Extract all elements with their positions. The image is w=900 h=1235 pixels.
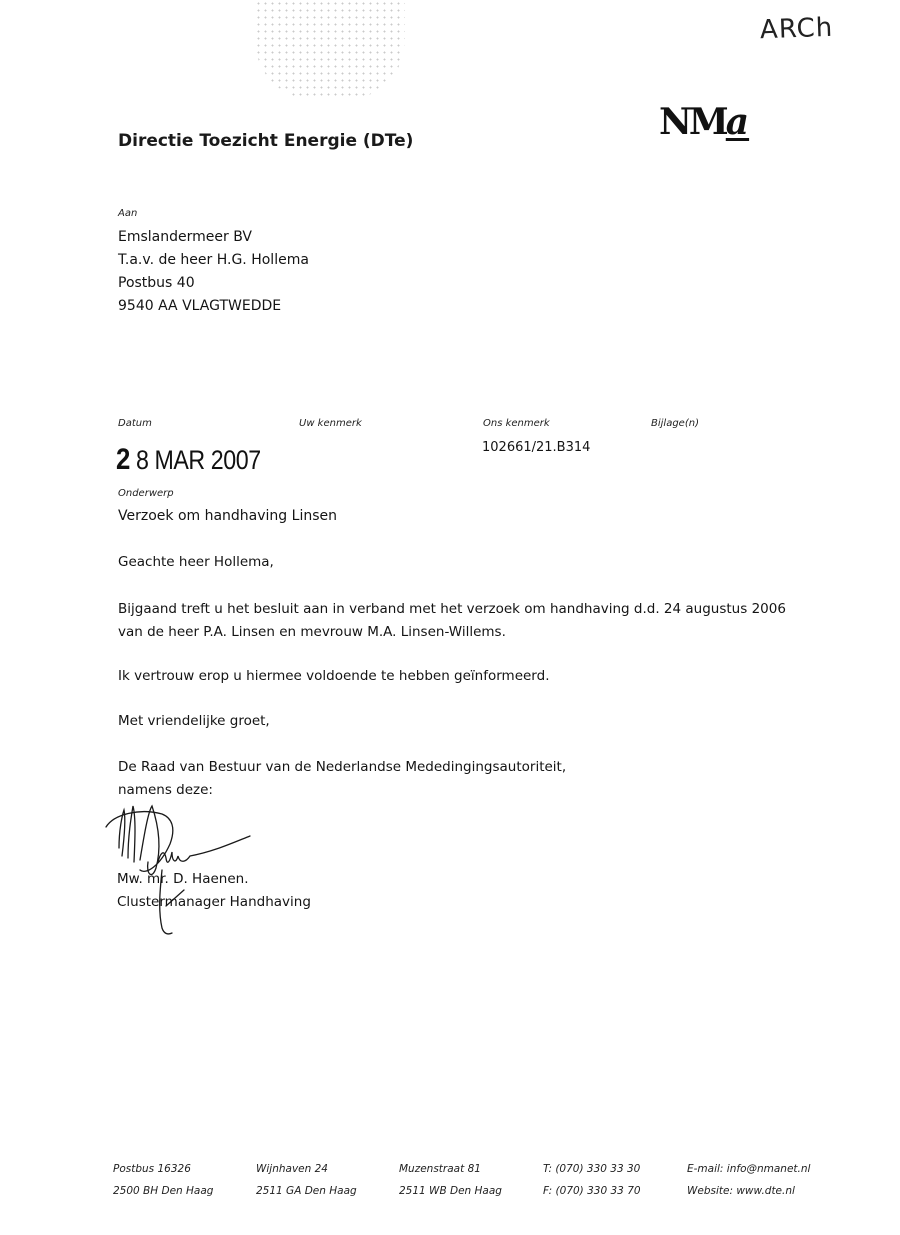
attachments-label: Bijlage(n) bbox=[651, 418, 699, 429]
footer-line: T: (070) 330 33 30 bbox=[543, 1158, 641, 1180]
address-line: 9540 AA VLAGTWEDDE bbox=[118, 295, 309, 318]
paragraph-1-line-2: van de heer P.A. Linsen en mevrouw M.A. … bbox=[118, 621, 506, 644]
closing: Met vriendelijke groet, bbox=[118, 710, 270, 733]
paragraph-1-line-1: Bijgaand treft u het besluit aan in verb… bbox=[118, 598, 786, 621]
footer-line: Website: www.dte.nl bbox=[687, 1180, 810, 1202]
address-line: T.a.v. de heer H.G. Hollema bbox=[118, 249, 309, 272]
scan-noise bbox=[255, 0, 405, 100]
salutation: Geachte heer Hollema, bbox=[118, 551, 274, 574]
footer-phone-fax: T: (070) 330 33 30 F: (070) 330 33 70 bbox=[543, 1158, 641, 1202]
date-label: Datum bbox=[118, 418, 152, 429]
recipient-label: Aan bbox=[118, 208, 137, 219]
footer-line: Postbus 16326 bbox=[113, 1158, 213, 1180]
footer-postal: Postbus 16326 2500 BH Den Haag bbox=[113, 1158, 213, 1202]
signatory-block: Mw. mr. D. Haenen. Clustermanager Handha… bbox=[117, 868, 311, 914]
footer-line: Wijnhaven 24 bbox=[256, 1158, 357, 1180]
footer-line: 2500 BH Den Haag bbox=[113, 1180, 213, 1202]
subject-value: Verzoek om handhaving Linsen bbox=[118, 508, 337, 524]
footer-second-address: Muzenstraat 81 2511 WB Den Haag bbox=[399, 1158, 502, 1202]
paragraph-2: Ik vertrouw erop u hiermee voldoende te … bbox=[118, 665, 549, 688]
footer-line: 2511 WB Den Haag bbox=[399, 1180, 502, 1202]
nma-logo: NMa bbox=[659, 101, 749, 143]
authority-line-2: namens deze: bbox=[118, 779, 213, 802]
footer-email-website: E-mail: info@nmanet.nl Website: www.dte.… bbox=[687, 1158, 810, 1202]
address-line: Emslandermeer BV bbox=[118, 226, 309, 249]
footer-line: F: (070) 330 33 70 bbox=[543, 1180, 641, 1202]
logo-text: NM bbox=[659, 101, 726, 143]
our-ref-value: 102661/21.B314 bbox=[482, 440, 590, 455]
handwritten-annotation: ARCh bbox=[759, 13, 833, 46]
footer-line: E-mail: info@nmanet.nl bbox=[687, 1158, 810, 1180]
date-stamp-rest: 8 MAR 2007 bbox=[136, 445, 261, 475]
date-stamp-day-first: 2 bbox=[116, 443, 130, 476]
authority-line-1: De Raad van Bestuur van de Nederlandse M… bbox=[118, 756, 566, 779]
footer-visit-address: Wijnhaven 24 2511 GA Den Haag bbox=[256, 1158, 357, 1202]
recipient-address: Emslandermeer BV T.a.v. de heer H.G. Hol… bbox=[118, 226, 309, 318]
signatory-name: Mw. mr. D. Haenen. bbox=[117, 868, 311, 891]
footer-line: 2511 GA Den Haag bbox=[256, 1180, 357, 1202]
address-line: Postbus 40 bbox=[118, 272, 309, 295]
subject-label: Onderwerp bbox=[118, 488, 174, 499]
signatory-title: Clustermanager Handhaving bbox=[117, 891, 311, 914]
logo-accent: a bbox=[726, 101, 749, 143]
footer-line: Muzenstraat 81 bbox=[399, 1158, 502, 1180]
our-ref-label: Ons kenmerk bbox=[483, 418, 550, 429]
department-heading: Directie Toezicht Energie (DTe) bbox=[118, 131, 413, 151]
date-stamp: 2 8 MAR 2007 bbox=[116, 443, 261, 477]
your-ref-label: Uw kenmerk bbox=[299, 418, 362, 429]
